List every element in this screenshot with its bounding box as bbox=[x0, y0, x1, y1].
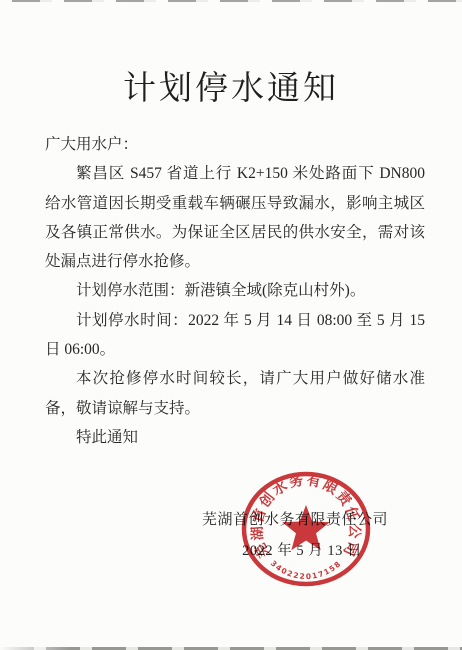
official-seal: 芜湖首创水务有限责任公司 340222017158 bbox=[240, 470, 372, 592]
signature-date: 2022 年 5 月 13 日 bbox=[242, 539, 362, 560]
seal-serial-number: 340222017158 bbox=[269, 559, 344, 581]
signature-company: 芜湖首创水务有限责任公司 bbox=[202, 508, 388, 529]
scanned-notice-page: 计划停水通知 广大用水户： 繁昌区 S457 省道上行 K2+150 米处路面下… bbox=[0, 0, 462, 650]
closing-line: 特此通知 bbox=[45, 423, 425, 452]
seal-ring bbox=[244, 474, 368, 584]
body-paragraph-cause: 繁昌区 S457 省道上行 K2+150 米处路面下 DN800 给水管道因长期… bbox=[45, 159, 425, 276]
greeting-line: 广大用水户： bbox=[45, 130, 425, 159]
notice-body: 广大用水户： 繁昌区 S457 省道上行 K2+150 米处路面下 DN800 … bbox=[45, 130, 425, 452]
body-paragraph-apology: 本次抢修停水时间较长，请广大用户做好储水准备，敬请谅解与支持。 bbox=[45, 364, 425, 423]
notice-title: 计划停水通知 bbox=[0, 0, 462, 109]
body-paragraph-time: 计划停水时间：2022 年 5 月 14 日 08:00 至 5 月 15 日 … bbox=[45, 306, 425, 365]
svg-text:340222017158: 340222017158 bbox=[269, 559, 344, 581]
body-paragraph-scope: 计划停水范围：新港镇全域(除克山村外)。 bbox=[45, 276, 425, 305]
